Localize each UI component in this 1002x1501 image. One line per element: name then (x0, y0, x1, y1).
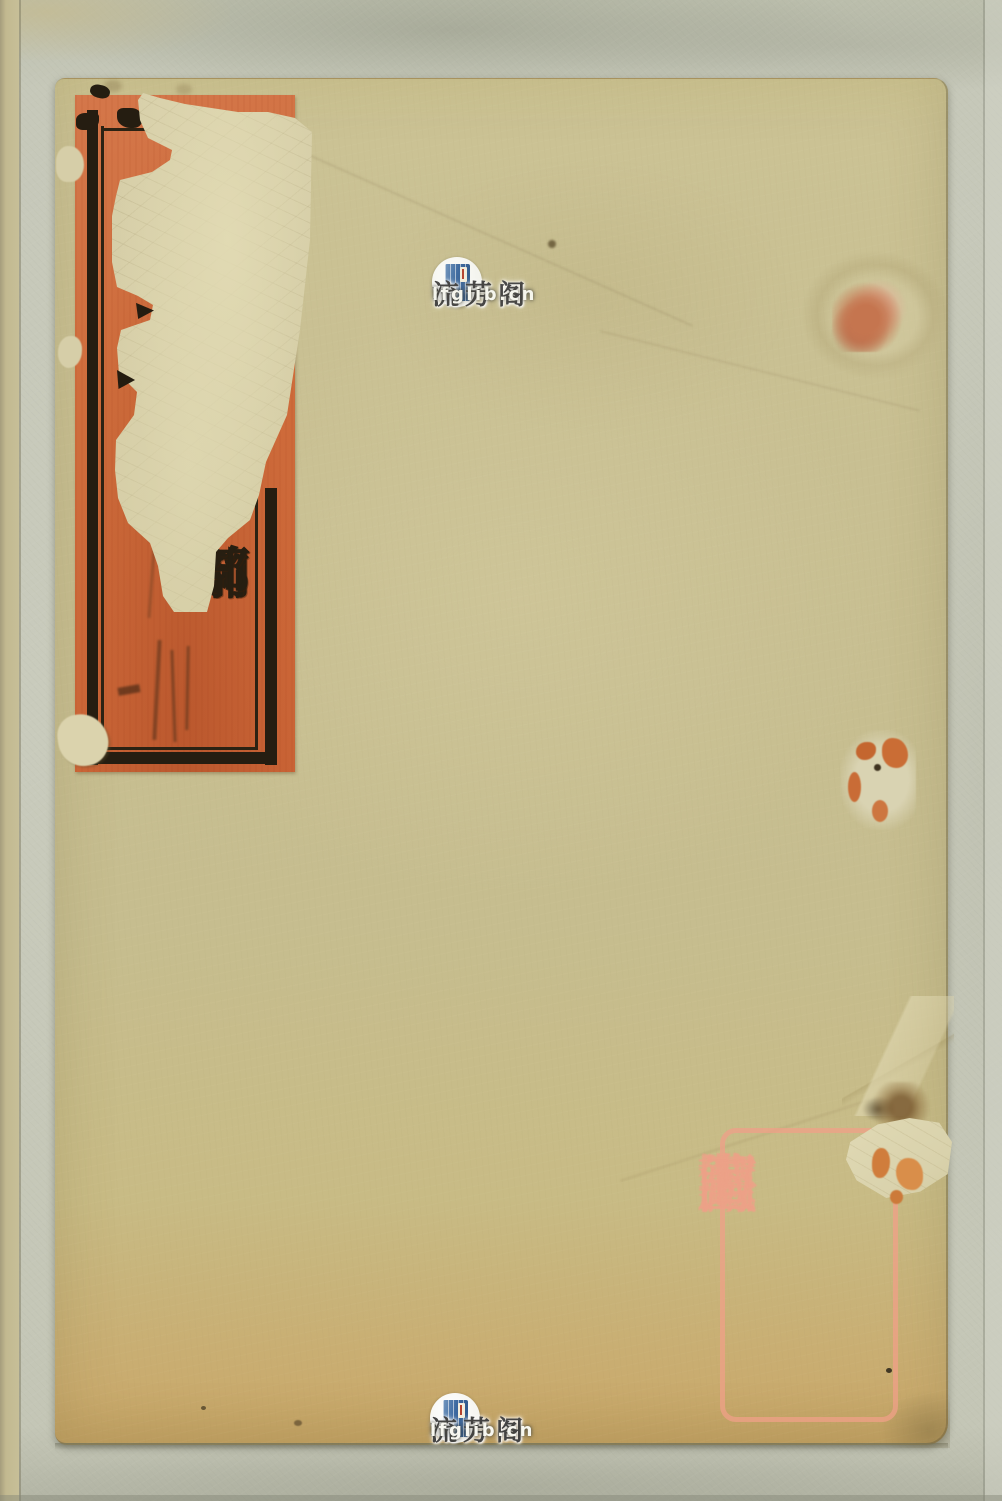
seal-char-tu: 圖 (696, 1139, 758, 1231)
ink-speck (548, 240, 556, 248)
damage-spot-top-right (832, 278, 912, 352)
book-title-mark (462, 269, 464, 279)
scanned-book-cover-photo: 綱 前 部 書 館 藏 上 海 圖 (0, 0, 1002, 1501)
stain-smudge (176, 84, 192, 95)
label-border-left-thick (87, 110, 98, 765)
book-title-mark (460, 1405, 462, 1415)
watermark-site-url: lfglib.cn (432, 286, 537, 304)
backing-corner-tint (0, 0, 230, 60)
label-border-bottom-thick (87, 752, 277, 764)
dark-fleck (874, 764, 881, 771)
right-crease-line (983, 0, 985, 1501)
left-fold-strip (0, 0, 19, 1501)
orange-fleck (896, 1158, 923, 1190)
label-border-bottom-thin (101, 747, 258, 750)
ink-speck (294, 1420, 302, 1426)
label-border-right-thin (255, 495, 258, 750)
label-border-left-thin (101, 126, 104, 750)
right-edge-band (985, 0, 1002, 1501)
bottom-edge-line (0, 1495, 1002, 1501)
left-crease-line (19, 0, 21, 1501)
label-border-fragment (117, 108, 142, 128)
watermark-site-url: lfglib.cn (430, 1422, 535, 1440)
ink-speck (201, 1406, 206, 1410)
orange-fleck (872, 800, 888, 822)
orange-fleck (890, 1190, 903, 1204)
orange-fleck (848, 772, 861, 802)
label-border-right-thick (265, 488, 277, 765)
torn-notch (56, 146, 84, 182)
